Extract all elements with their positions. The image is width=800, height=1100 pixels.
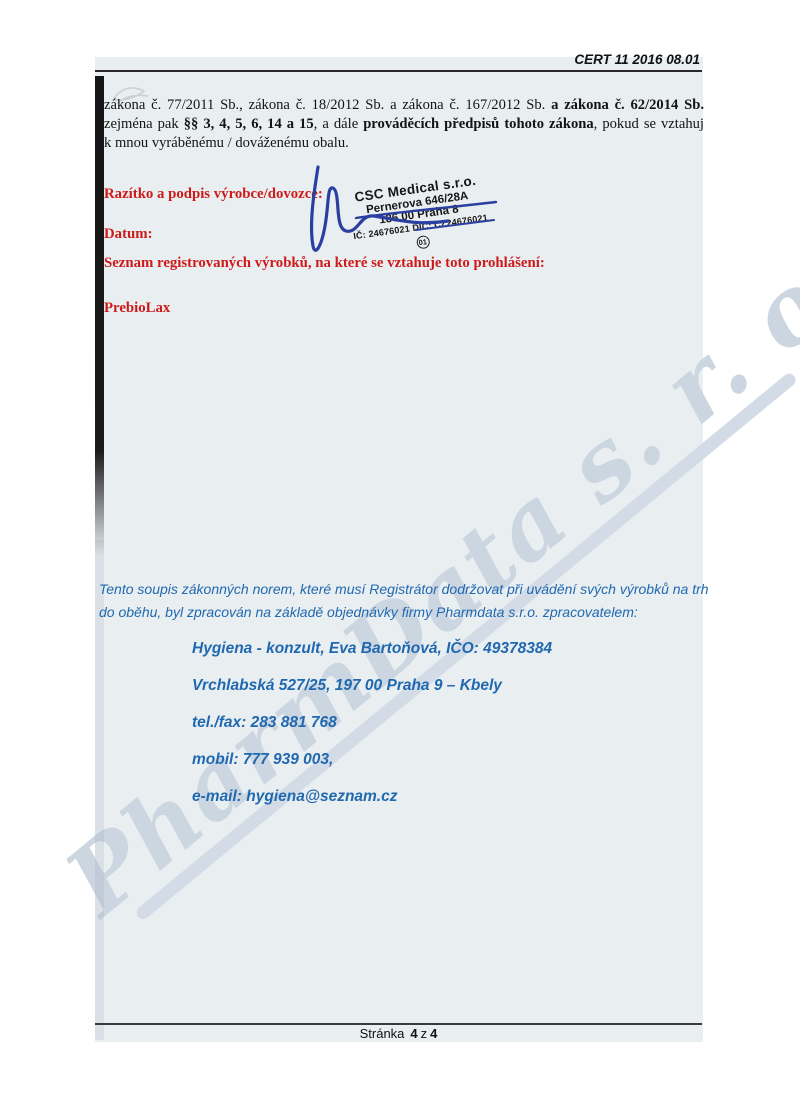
footer-separator: z [421, 1026, 428, 1041]
signature-scribble [296, 164, 506, 264]
legal-paragraph: zákona č. 77/2011 Sb., zákona č. 18/2012… [104, 96, 704, 153]
footer-rule [95, 1023, 702, 1025]
footer-total-pages: 4 [430, 1026, 437, 1041]
contact-tel-fax: tel./fax: 283 881 768 [192, 712, 552, 734]
processing-note: Tento soupis zákonných norem, které musí… [99, 578, 711, 624]
legal-line-3: k mnou vyráběnému / dováženému obalu. [104, 134, 704, 153]
stamp-signature-label: Razítko a podpis výrobce/dovozce: [104, 186, 323, 203]
contact-name-ico: Hygiena - konzult, Eva Bartoňová, IČO: 4… [192, 638, 552, 660]
contact-block: Hygiena - konzult, Eva Bartoňová, IČO: 4… [192, 638, 552, 823]
contact-mobile: mobil: 777 939 003, [192, 749, 552, 771]
header-doc-code: CERT 11 2016 08.01 [95, 52, 700, 67]
legal-line-2: zejména pak §§ 3, 4, 5, 6, 14 a 15, a dá… [104, 115, 704, 134]
note-line-1: Tento soupis zákonných norem, které musí… [99, 578, 711, 601]
product-name: PrebioLax [104, 300, 170, 317]
footer-page-label: Stránka [360, 1026, 405, 1041]
footer-page-number: 4 [410, 1026, 417, 1041]
header-rule [95, 70, 702, 72]
note-line-2: do oběhu, byl zpracován na základě objed… [99, 601, 711, 624]
document-content: CERT 11 2016 08.01 zákona č. 77/2011 Sb.… [0, 0, 800, 1100]
date-label: Datum: [104, 226, 153, 243]
contact-email: e-mail: hygiena@seznam.cz [192, 786, 552, 808]
page-number-footer: Stránka4z4 [95, 1026, 702, 1041]
contact-address: Vrchlabská 527/25, 197 00 Praha 9 – Kbel… [192, 675, 552, 697]
legal-line-1: zákona č. 77/2011 Sb., zákona č. 18/2012… [104, 96, 704, 115]
